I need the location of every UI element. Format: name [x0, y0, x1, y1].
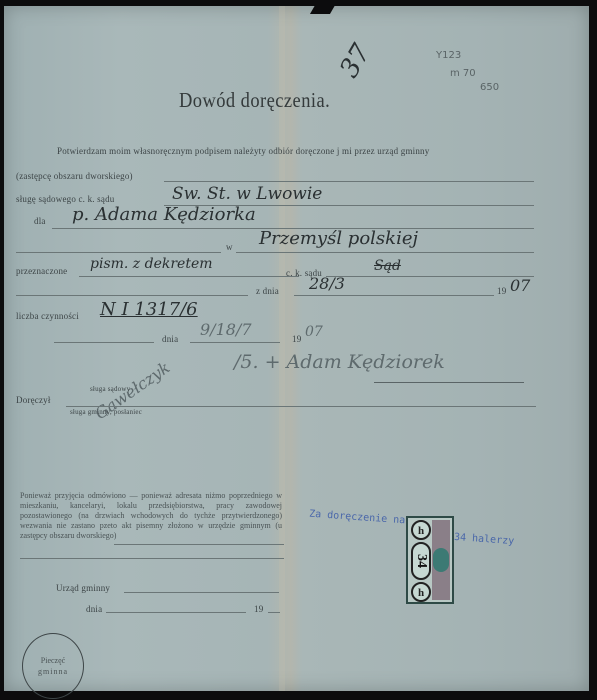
pencil-note-2: m 70	[450, 68, 476, 79]
field-line	[16, 295, 248, 296]
dla-label: dla	[34, 216, 46, 226]
field-line	[54, 342, 154, 343]
signature-line	[374, 382, 524, 383]
sluge-value: Sw. St. w Lwowie	[172, 184, 322, 204]
field-line	[190, 342, 280, 343]
recipient-signature: /5. + Adam Kędziorek	[234, 351, 445, 373]
urzad-year-prefix: 19	[254, 604, 263, 614]
year-prefix-2: 19	[292, 334, 301, 344]
pencil-note-3: 650	[480, 82, 499, 93]
stamp-unit-bottom: h	[411, 582, 431, 602]
field-line	[106, 612, 246, 613]
seal-line-1: Pieczęć	[23, 656, 83, 665]
w-label: w	[226, 242, 233, 252]
field-line	[124, 592, 279, 593]
field-line	[326, 276, 534, 277]
dnia-label: dnia	[162, 334, 178, 344]
sluge-label: sługę sądowego c. k. sądu	[16, 194, 114, 204]
urzad-label: Urząd gminny	[56, 583, 110, 593]
blue-stamp-left: Za doręczenie na	[309, 509, 406, 527]
w-value: Przemyśl polskiej	[259, 228, 418, 249]
intro-text: Potwierdzam moim własnoręcznym podpisem …	[57, 146, 429, 156]
field-line	[114, 544, 284, 545]
stamp-value: 34	[411, 542, 431, 580]
field-line	[79, 276, 299, 277]
document-title: Dowód doręczenia.	[179, 88, 330, 113]
stamp-eagle-icon	[433, 548, 449, 572]
year-value-1: 07	[510, 276, 530, 295]
sluga-sadowy-label: sługa sądowy	[90, 385, 130, 393]
sluga-gminny-label: sługa gminny, posłaniec	[70, 408, 142, 416]
seal-line-2: gminna	[23, 667, 83, 676]
torn-edge	[310, 0, 338, 14]
year-prefix-1: 19	[497, 286, 506, 296]
blue-stamp-right: 34 halerzy	[454, 532, 515, 547]
revenue-stamp: h 34 h	[406, 516, 454, 604]
z-dnia-value: 28/3	[309, 274, 345, 293]
stamp-unit-top: h	[411, 520, 431, 540]
field-line	[268, 612, 280, 613]
przeznaczone-value: pism. z dekretem	[90, 256, 213, 272]
liczba-value: N I 1317/6	[100, 299, 198, 320]
field-line	[294, 295, 494, 296]
year-value-2: 07	[305, 324, 323, 340]
annotation-number: 37	[334, 39, 377, 83]
z-dnia-label: z dnia	[256, 286, 279, 296]
ck-sadu-value: Sąd	[374, 258, 401, 274]
doreczyl-label: Doręczył	[16, 395, 51, 405]
field-line	[16, 252, 221, 253]
urzad-dnia-label: dnia	[86, 604, 102, 614]
liczba-label: liczba czynności	[16, 311, 79, 321]
pencil-note-1: Y123	[436, 50, 461, 61]
field-line	[236, 252, 534, 253]
dla-value: p. Adama Kędziorka	[72, 204, 256, 225]
field-line	[66, 406, 536, 407]
municipal-seal: Pieczęć gminna	[22, 633, 84, 699]
field-line	[20, 558, 284, 559]
przeznaczone-label: przeznaczone	[16, 266, 67, 276]
document-paper: 37 Y123 m 70 650 Dowód doręczenia. Potwi…	[4, 6, 589, 691]
refusal-paragraph: Ponieważ przyjęcia odmówiono — ponieważ …	[20, 491, 282, 541]
dnia-value: 9/18/7	[200, 320, 252, 339]
field-line	[164, 181, 534, 182]
zastepce-label: (zastępcę obszaru dworskiego)	[16, 171, 133, 181]
